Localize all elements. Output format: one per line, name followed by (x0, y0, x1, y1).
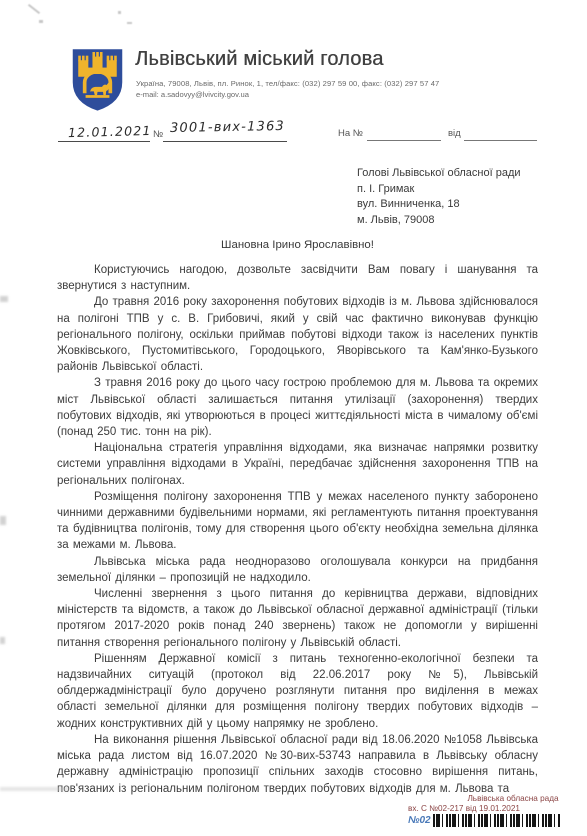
recipient-line: м. Львів, 79008 (357, 213, 521, 229)
org-title: Львівський міський голова (135, 48, 383, 71)
scan-artifact (118, 11, 121, 14)
paragraph: З травня 2016 року до цього часу гострою… (57, 375, 538, 440)
outgoing-number-handwritten: 3001-вих-1363 (170, 119, 285, 136)
paragraph: Рішенням Державної комісії з питань техн… (57, 651, 538, 732)
incoming-number-blank-line (367, 140, 441, 141)
incoming-date-label: від (448, 128, 461, 139)
registration-barcode-icon (433, 814, 561, 827)
paragraph: Львівська міська рада неодноразово оголо… (57, 554, 538, 586)
scan-artifact (28, 4, 40, 14)
org-email: e-mail: a.sadovyy@lvivcity.gov.ua (136, 90, 249, 99)
recipient-line: вул. Винниченка, 18 (357, 197, 521, 213)
paragraph: До травня 2016 року захоронення побутови… (57, 294, 538, 375)
outgoing-date-handwritten: 12.01.2021 (68, 123, 152, 140)
stamp-registration-number: вх. С №02-217 від 19.01.2021 (408, 804, 584, 813)
recipient-block: Голові Львівської обласної ради п. І. Гр… (357, 166, 521, 228)
salutation: Шановна Ірино Ярославівно! (57, 239, 538, 251)
scan-artifact (0, 637, 5, 644)
paragraph: Численні звернення з цього питання до ке… (57, 586, 538, 651)
scan-artifact (127, 22, 132, 24)
stamp-side-number: №02 (408, 815, 431, 826)
recipient-line: п. І. Гримак (357, 182, 521, 198)
scan-artifact (0, 296, 8, 302)
letter-body: Шановна Ірино Ярославівно! Користуючись … (57, 239, 538, 797)
incoming-number-label: На № (338, 128, 363, 139)
paragraph: Національна стратегія управління відхода… (57, 440, 538, 489)
org-address: Україна, 79008, Львів, пл. Ринок, 1, тел… (136, 79, 439, 88)
paragraph: На виконання рішення Львівської обласної… (57, 732, 538, 797)
registration-stamp: Львівська обласна рада вх. С №02-217 від… (408, 794, 584, 827)
scan-artifact (39, 20, 43, 23)
paragraph: Розміщення полігону захоронення ТПВ у ме… (57, 489, 538, 554)
stamp-org-name: Львівська обласна рада (408, 794, 584, 803)
scanned-letter-page: { "header": { "title": "Львівський міськ… (0, 0, 587, 836)
number-sign-label: № (153, 129, 163, 140)
paragraph: Користуючись нагодою, дозвольте засвідчи… (57, 262, 538, 294)
scan-artifact (0, 516, 6, 525)
date-blank-line (58, 141, 150, 142)
lviv-coat-of-arms-icon (70, 47, 125, 112)
scan-artifact (0, 787, 70, 791)
incoming-date-blank-line (464, 140, 537, 141)
number-blank-line (163, 141, 287, 142)
recipient-line: Голові Львівської обласної ради (357, 166, 521, 182)
